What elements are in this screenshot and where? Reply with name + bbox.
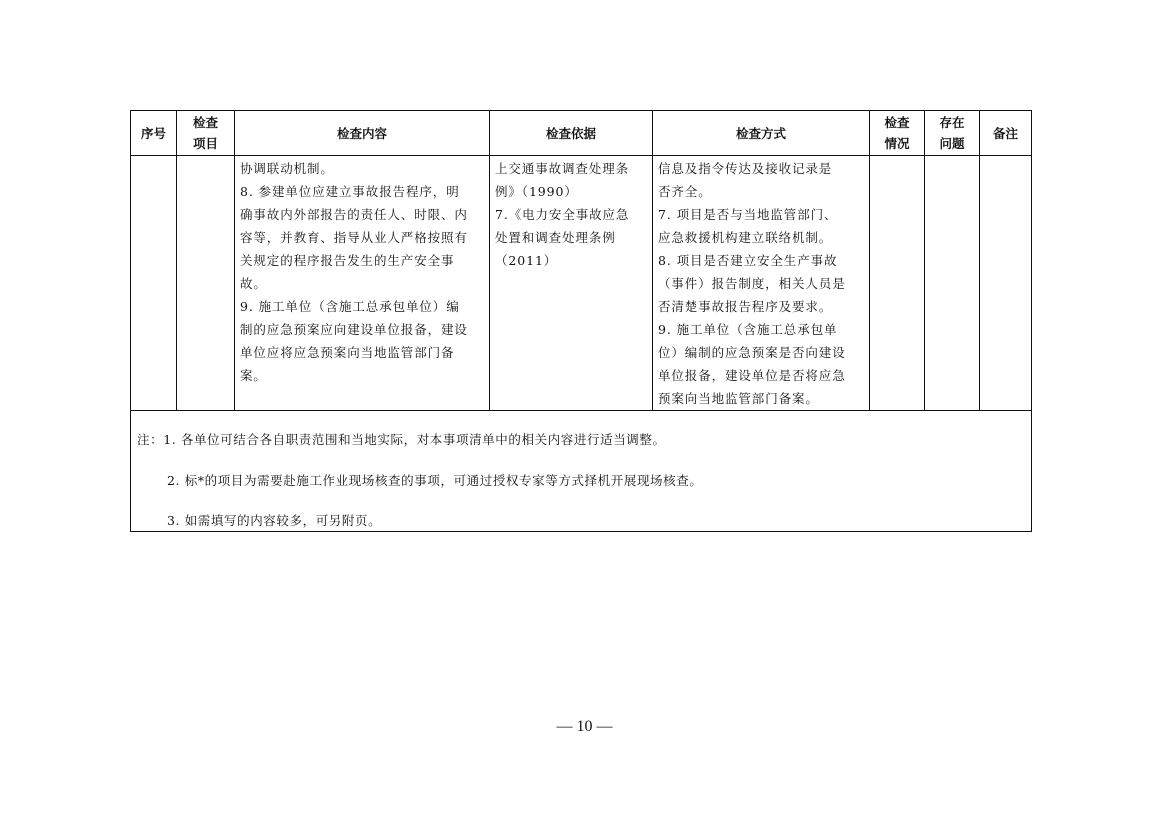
cell-seq [131, 156, 177, 411]
header-remark: 备注 [980, 111, 1032, 156]
cell-basis: 上交通事故调查处理条 例》（1990） 7.《电力安全事故应急 处置和调查处理条… [490, 156, 653, 411]
header-status-line1: 检查 [870, 112, 924, 133]
note-1: 注：1. 各单位可结合各自职责范围和当地实际，对本事项清单中的相关内容进行适当调… [137, 430, 666, 448]
cell-remark [980, 156, 1032, 411]
page-number: — 10 — [0, 718, 1169, 736]
note-2: 2. 标*的项目为需要赴施工作业现场核查的事项，可通过授权专家等方式择机开展现场… [167, 471, 702, 489]
header-content: 检查内容 [235, 111, 490, 156]
table-row: 协调联动机制。 8. 参建单位应建立事故报告程序，明 确事故内外部报告的责任人、… [131, 156, 1032, 411]
header-item-line1: 检查 [177, 112, 234, 133]
header-method: 检查方式 [653, 111, 870, 156]
header-issue-line1: 存在 [925, 112, 979, 133]
header-issue-line2: 问题 [925, 133, 979, 154]
header-item: 检查 项目 [177, 111, 235, 156]
header-row: 序号 检查 项目 检查内容 检查依据 检查方式 检查 情况 存在 问题 备注 [131, 111, 1032, 156]
notes-row: 注：1. 各单位可结合各自职责范围和当地实际，对本事项清单中的相关内容进行适当调… [131, 411, 1032, 532]
cell-method: 信息及指令传达及接收记录是 否齐全。 7. 项目是否与当地监管部门、 应急救援机… [653, 156, 870, 411]
note-3: 3. 如需填写的内容较多，可另附页。 [167, 511, 381, 529]
cell-content: 协调联动机制。 8. 参建单位应建立事故报告程序，明 确事故内外部报告的责任人、… [235, 156, 490, 411]
cell-status [870, 156, 925, 411]
header-status-line2: 情况 [870, 133, 924, 154]
header-issue: 存在 问题 [925, 111, 980, 156]
header-item-line2: 项目 [177, 133, 234, 154]
header-seq: 序号 [131, 111, 177, 156]
inspection-table: 序号 检查 项目 检查内容 检查依据 检查方式 检查 情况 存在 问题 备注 协… [130, 110, 1032, 532]
cell-issue [925, 156, 980, 411]
cell-item [177, 156, 235, 411]
header-basis: 检查依据 [490, 111, 653, 156]
notes-cell: 注：1. 各单位可结合各自职责范围和当地实际，对本事项清单中的相关内容进行适当调… [131, 411, 1032, 532]
header-status: 检查 情况 [870, 111, 925, 156]
